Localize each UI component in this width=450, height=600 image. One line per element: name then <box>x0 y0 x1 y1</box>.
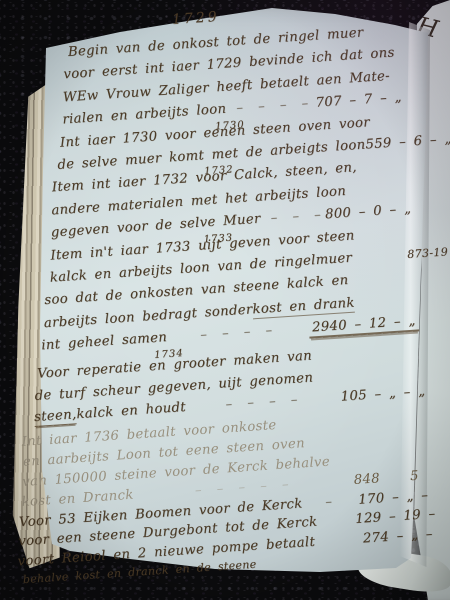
manuscript-text: 1729 Begin van de onkost tot de ringel m… <box>44 0 439 586</box>
text-lines: Begin van de onkost tot de ringel muer v… <box>46 23 439 586</box>
dash-leader: – <box>302 493 359 512</box>
line-underlined-word: steen, <box>34 408 78 428</box>
dash-leader: – – – <box>260 207 326 226</box>
amount-value: 873-19 <box>407 245 449 261</box>
amount-value: 170 – „ – <box>358 488 429 508</box>
photo-of-manuscript: H 1729 Begin van de onkost tot de ringel… <box>0 0 450 600</box>
year-marker: 1734 <box>154 348 184 361</box>
amount-value: 848 5 <box>353 469 419 488</box>
amount-value: 274 – „ – <box>362 527 433 547</box>
